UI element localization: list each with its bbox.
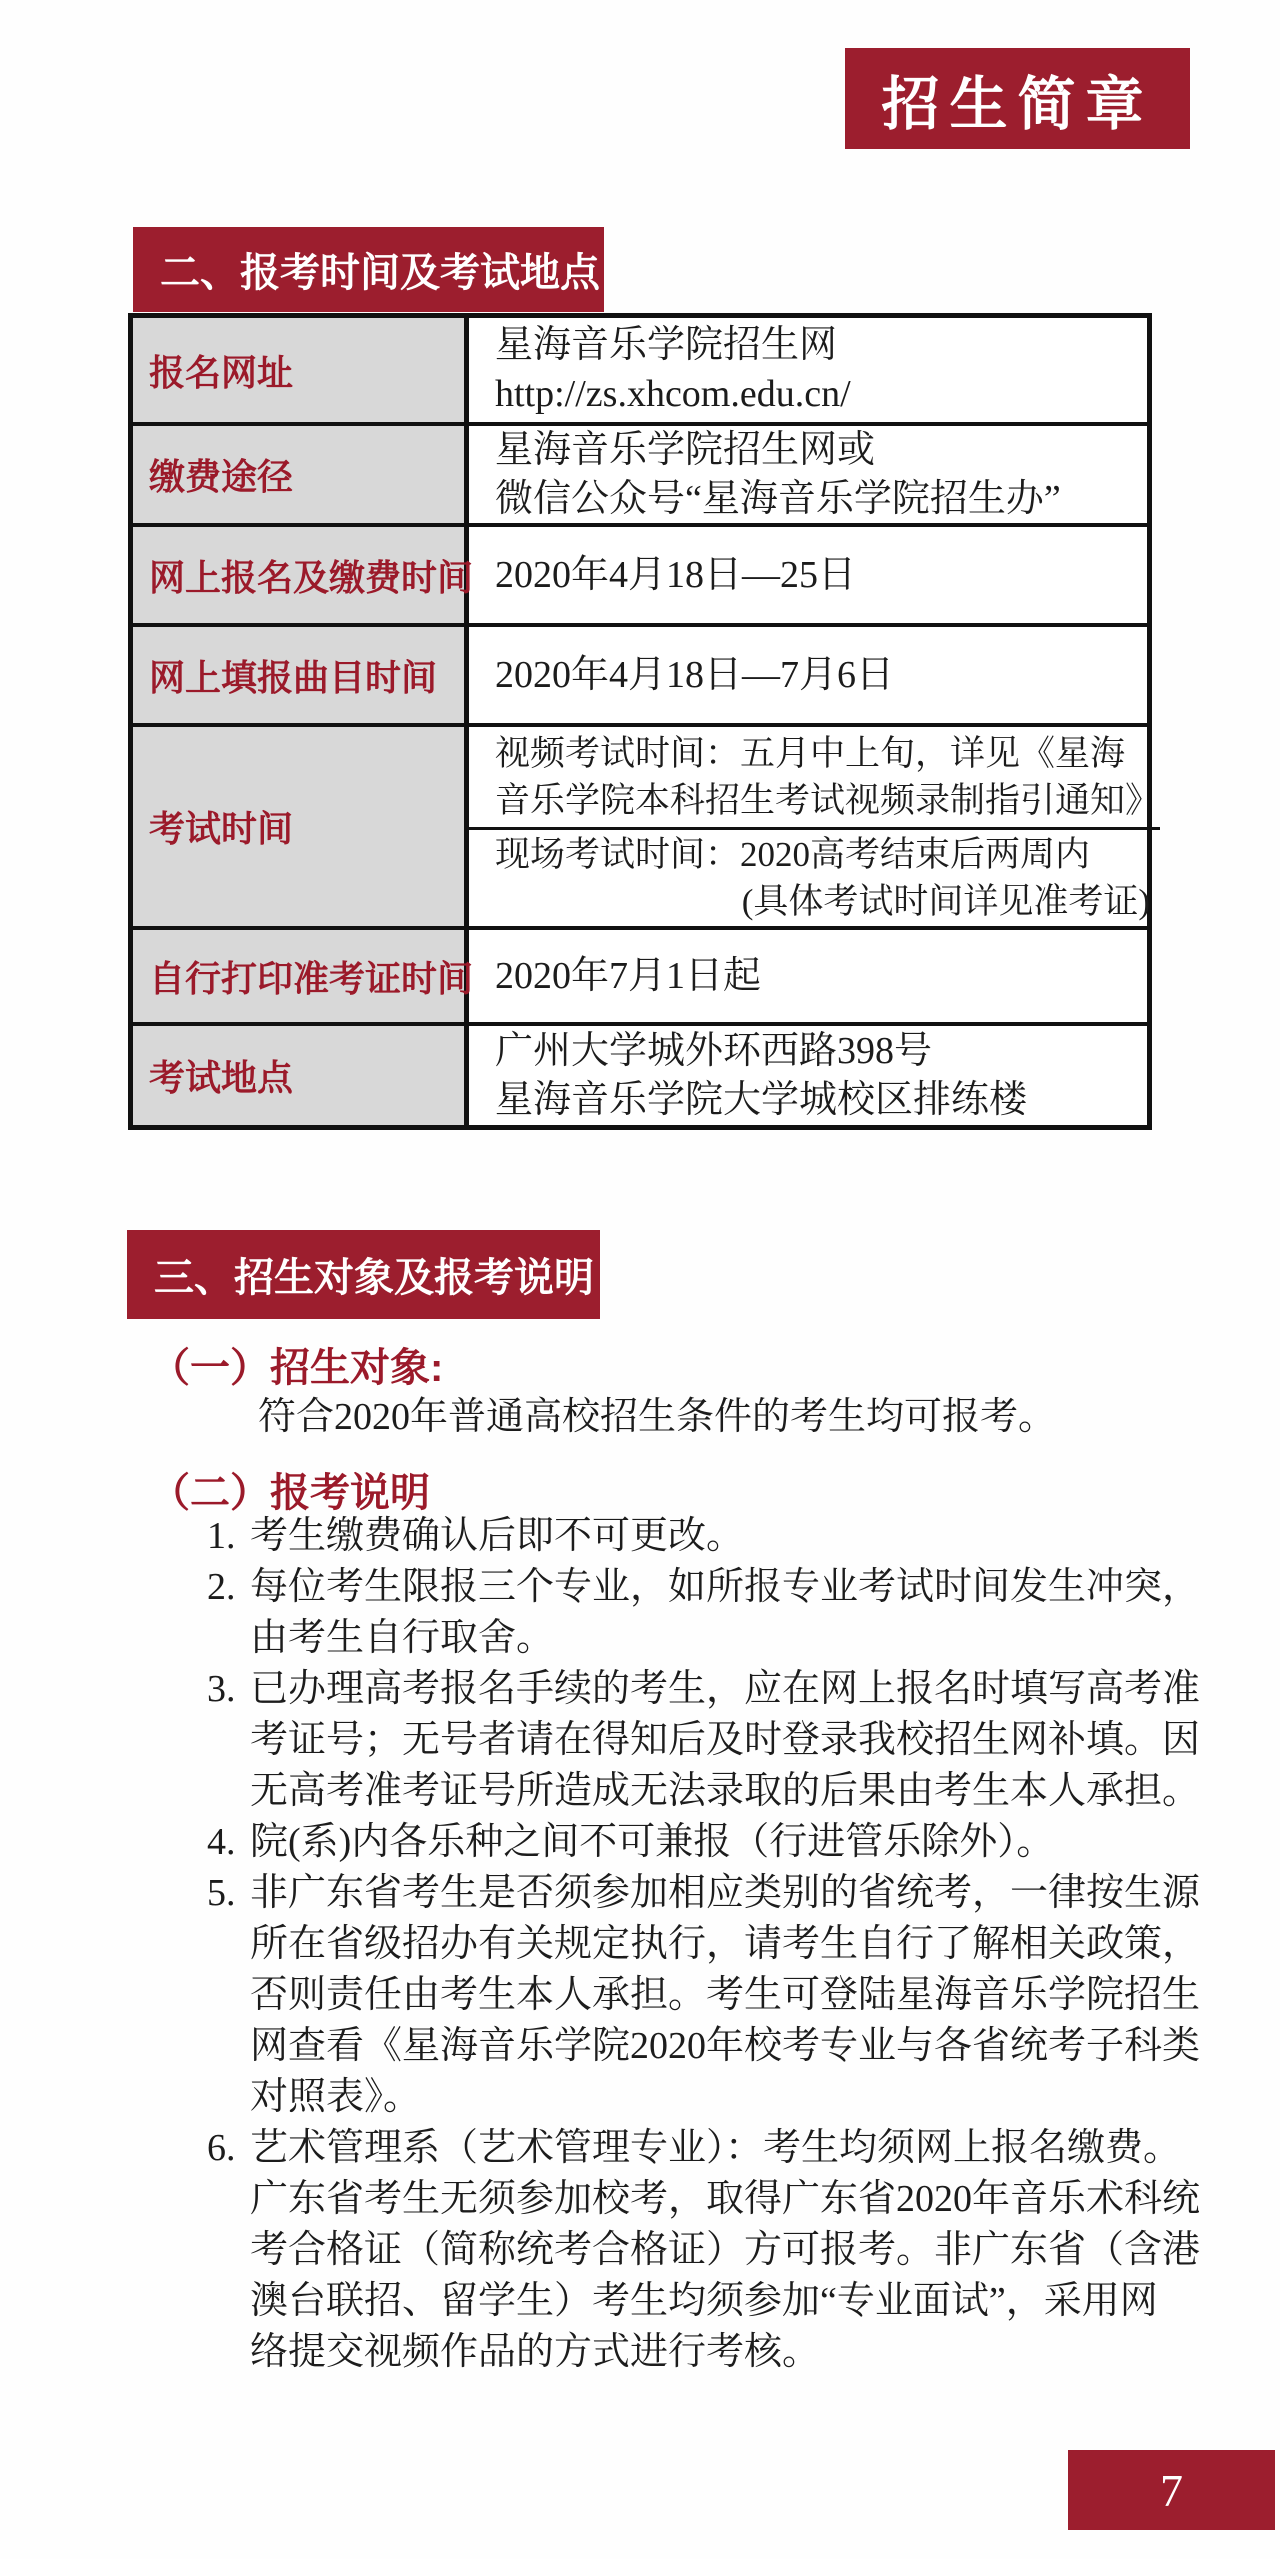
item-number: 2. — [207, 1562, 250, 1664]
item-number: 6. — [207, 2123, 250, 2378]
table-row-repertoire-time: 网上填报曲目时间 2020年4月18日—7月6日 — [133, 623, 1147, 723]
instructions-list: 1. 考生缴费确认后即不可更改。 2. 每位考生限报三个专业，如所报专业考试时间… — [207, 1511, 1167, 2378]
section3-header: 三、招生对象及报考说明 — [127, 1230, 600, 1319]
list-item: 6. 艺术管理系（艺术管理专业）：考生均须网上报名缴费。广东省考生无须参加校考，… — [207, 2123, 1167, 2378]
banner-title: 招生简章 — [881, 57, 1153, 141]
list-item: 1. 考生缴费确认后即不可更改。 — [207, 1511, 1167, 1562]
page-number: 7 — [1160, 2464, 1183, 2517]
row-label: 考试地点 — [133, 1026, 469, 1125]
part1-heading: （一）招生对象: — [150, 1336, 443, 1393]
row-label: 考试时间 — [133, 727, 469, 926]
item-number: 4. — [207, 1817, 250, 1868]
part1-body: 符合2020年普通高校招生条件的考生均可报考。 — [258, 1392, 1056, 1443]
row-label: 自行打印准考证时间 — [133, 930, 469, 1022]
exam-time-value: 视频考试时间：五月中上旬，详见《星海音乐学院本科招生考试视频录制指引通知》 现场… — [469, 727, 1160, 926]
exam-location-value: 广州大学城外环西路398号星海音乐学院大学城校区排练楼 — [469, 1026, 1147, 1125]
table-row-exam-location: 考试地点 广州大学城外环西路398号星海音乐学院大学城校区排练楼 — [133, 1022, 1147, 1125]
section2-header: 二、报考时间及考试地点 — [133, 227, 604, 312]
signup-time-value: 2020年4月18日—25日 — [469, 527, 1147, 623]
repertoire-time-value: 2020年4月18日—7月6日 — [469, 627, 1147, 723]
section2-title: 二、报考时间及考试地点 — [160, 241, 600, 298]
list-item: 3. 已办理高考报名手续的考生，应在网上报名时填写高考准考证号；无号者请在得知后… — [207, 1664, 1167, 1817]
list-item: 5. 非广东省考生是否须参加相应类别的省统考，一律按生源所在省级招办有关规定执行… — [207, 1868, 1167, 2123]
row-label: 报名网址 — [133, 318, 469, 422]
item-number: 1. — [207, 1511, 250, 1562]
table-row-registration-url: 报名网址 星海音乐学院招生网http://zs.xhcom.edu.cn/ — [133, 318, 1147, 422]
row-label: 缴费途径 — [133, 426, 469, 523]
row-label: 网上报名及缴费时间 — [133, 527, 469, 623]
print-ticket-time-value: 2020年7月1日起 — [469, 930, 1147, 1022]
page-banner: 招生简章 — [845, 48, 1190, 149]
item-text: 考生缴费确认后即不可更改。 — [250, 1511, 1167, 1562]
payment-method-value: 星海音乐学院招生网或微信公众号“星海音乐学院招生办” — [469, 426, 1147, 523]
table-row-payment-method: 缴费途径 星海音乐学院招生网或微信公众号“星海音乐学院招生办” — [133, 422, 1147, 523]
onsite-exam-line2: (具体考试时间详见准考证) — [495, 878, 1160, 925]
item-text: 每位考生限报三个专业，如所报专业考试时间发生冲突，由考生自行取舍。 — [250, 1562, 1200, 1664]
row-label: 网上填报曲目时间 — [133, 627, 469, 723]
page-number-badge: 7 — [1068, 2450, 1275, 2530]
video-exam-time: 视频考试时间：五月中上旬，详见《星海音乐学院本科招生考试视频录制指引通知》 — [469, 727, 1160, 830]
list-item: 4. 院(系)内各乐种之间不可兼报（行进管乐除外）。 — [207, 1817, 1167, 1868]
onsite-exam-time: 现场考试时间：2020高考结束后两周内 (具体考试时间详见准考证) — [469, 830, 1160, 927]
onsite-exam-line1: 现场考试时间：2020高考结束后两周内 — [495, 831, 1160, 878]
registration-url: 星海音乐学院招生网http://zs.xhcom.edu.cn/ — [469, 318, 1147, 422]
table-row-exam-time: 考试时间 视频考试时间：五月中上旬，详见《星海音乐学院本科招生考试视频录制指引通… — [133, 723, 1147, 926]
item-number: 3. — [207, 1664, 250, 1817]
list-item: 2. 每位考生限报三个专业，如所报专业考试时间发生冲突，由考生自行取舍。 — [207, 1562, 1167, 1664]
item-text: 已办理高考报名手续的考生，应在网上报名时填写高考准考证号；无号者请在得知后及时登… — [250, 1664, 1200, 1817]
part2-heading: （二）报考说明 — [150, 1461, 430, 1518]
item-text: 艺术管理系（艺术管理专业）：考生均须网上报名缴费。广东省考生无须参加校考，取得广… — [250, 2123, 1200, 2378]
brochure-page: 招生简章 二、报考时间及考试地点 报名网址 星海音乐学院招生网http://zs… — [0, 0, 1280, 2559]
table-row-print-ticket-time: 自行打印准考证时间 2020年7月1日起 — [133, 926, 1147, 1022]
table-row-signup-time: 网上报名及缴费时间 2020年4月18日—25日 — [133, 523, 1147, 623]
registration-info-table: 报名网址 星海音乐学院招生网http://zs.xhcom.edu.cn/ 缴费… — [128, 313, 1152, 1130]
item-number: 5. — [207, 1868, 250, 2123]
item-text: 院(系)内各乐种之间不可兼报（行进管乐除外）。 — [250, 1817, 1167, 1868]
section3-title: 三、招生对象及报考说明 — [154, 1246, 594, 1303]
item-text: 非广东省考生是否须参加相应类别的省统考，一律按生源所在省级招办有关规定执行，请考… — [250, 1868, 1200, 2123]
